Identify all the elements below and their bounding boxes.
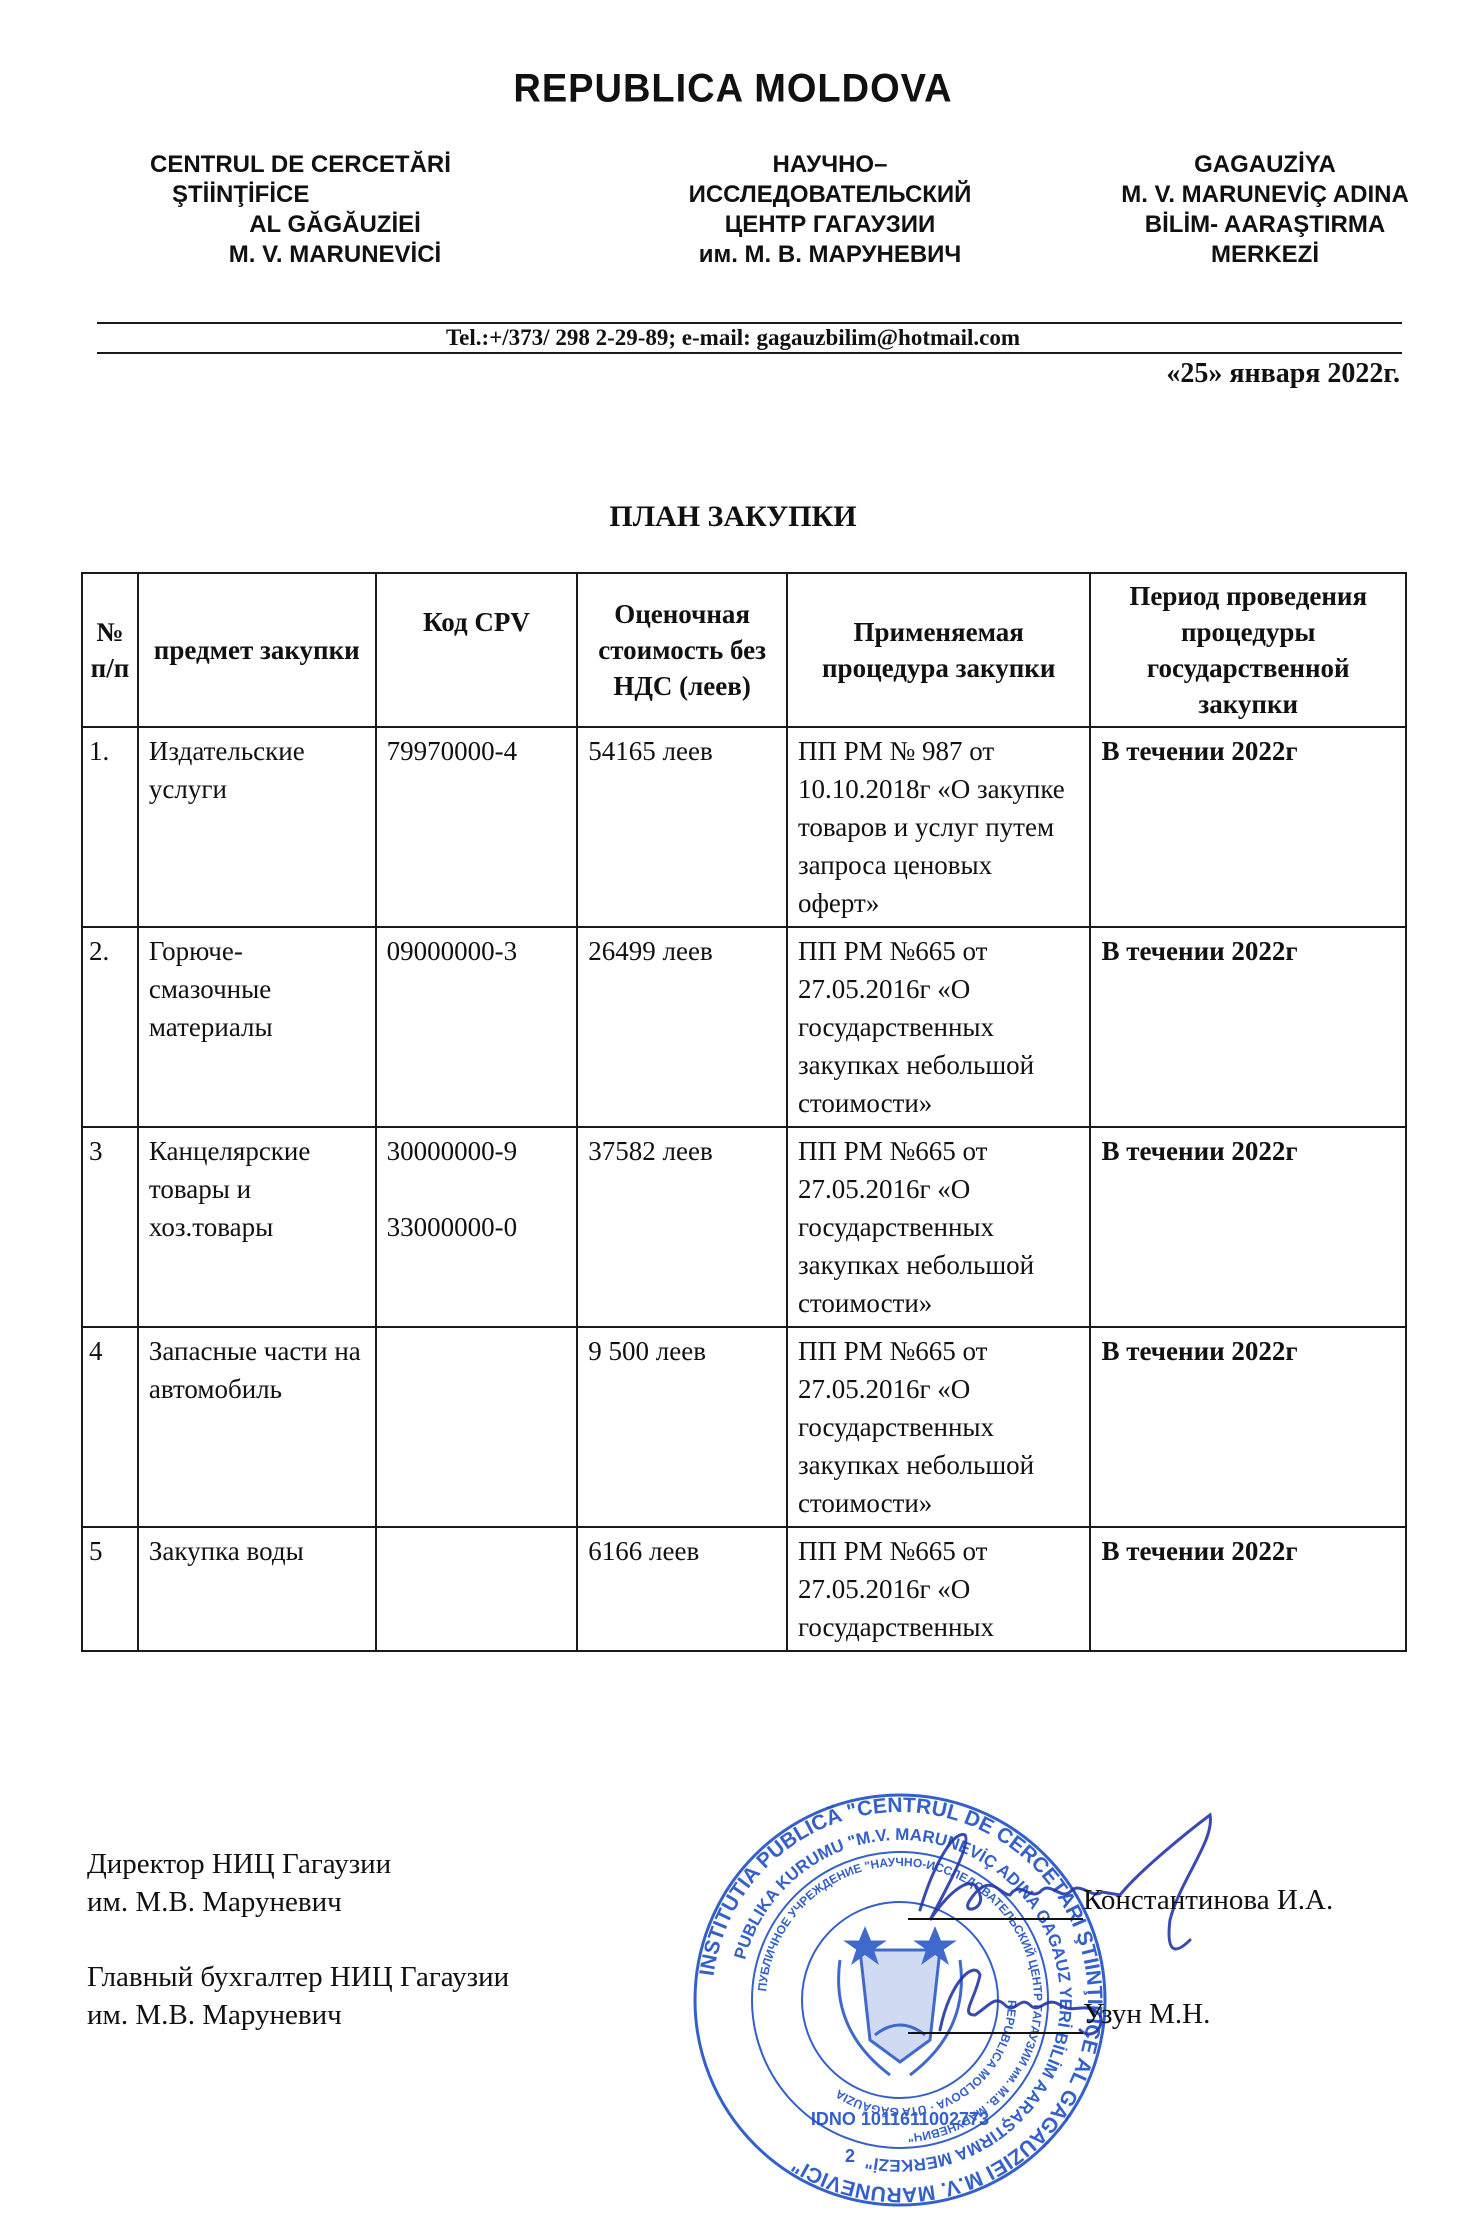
estimated-cost: 54165 леев: [577, 727, 787, 927]
column-header-number: № п/п: [82, 573, 138, 727]
row-number: 1.: [82, 727, 138, 927]
row-number: 5: [82, 1527, 138, 1651]
table-row: 2.Горюче-смазочные материалы09000000-326…: [82, 927, 1406, 1127]
procurement-period: В течении 2022г: [1090, 1327, 1406, 1527]
table-row: 3Канцелярские товары и хоз.товары3000000…: [82, 1127, 1406, 1327]
procurement-plan-table: № п/п предмет закупки Код CPV Оценочная …: [81, 572, 1407, 1652]
letterhead-line: BİLİM- AARAŞTIRMA: [1080, 210, 1450, 240]
item-subject: Закупка воды: [138, 1527, 376, 1651]
procurement-procedure: ПП РМ № 987 от 10.10.2018г «О закупке то…: [787, 727, 1091, 927]
letterhead-line: ИССЛЕДОВАТЕЛЬСКИЙ: [640, 180, 1020, 210]
row-number: 4: [82, 1327, 138, 1527]
position-line: Директор НИЦ Гагаузии: [87, 1845, 391, 1883]
column-header-procedure: Применяемая процедура закупки: [787, 573, 1091, 727]
item-subject: Горюче-смазочные материалы: [138, 927, 376, 1127]
cpv-codes: 30000000-933000000-0: [376, 1127, 578, 1327]
document-date: «25» января 2022г.: [1166, 358, 1400, 390]
cpv-codes: [376, 1327, 578, 1527]
procurement-procedure: ПП РМ №665 от 27.05.2016г «О государстве…: [787, 1327, 1091, 1527]
letterhead-line: ŞTİİNŢİFİCE: [150, 180, 520, 210]
column-header-cpv: Код CPV: [376, 573, 578, 727]
director-name: Константинова И.А.: [1083, 1884, 1333, 1917]
signature-line: [908, 2032, 1083, 2034]
director-signature-icon: [920, 1815, 1210, 1949]
letterhead-line: НАУЧНО–: [640, 150, 1020, 180]
table-row: 5Закупка воды6166 леевПП РМ №665 от 27.0…: [82, 1527, 1406, 1651]
signature-scribbles: [880, 1800, 1400, 2100]
procedure-text: ПП РМ № 987 от 10.10.2018г «О закупке то…: [798, 736, 1065, 918]
letterhead-line: GAGAUZİYA: [1080, 150, 1450, 180]
cpv-codes: 09000000-3: [376, 927, 578, 1127]
column-header-period: Период проведения процедуры государствен…: [1090, 573, 1406, 727]
table-row: 4Запасные части на автомобиль9 500 леевП…: [82, 1327, 1406, 1527]
stamp-idno: IDNO 1011611002773: [811, 2109, 989, 2129]
letterhead-line: M. V. MARUNEVİÇ ADINA: [1080, 180, 1450, 210]
cpv-code: 33000000-0: [387, 1208, 567, 1246]
column-header-subject: предмет закупки: [138, 573, 376, 727]
letterhead-line: M. V. MARUNEVİCİ: [150, 240, 520, 270]
letterhead-line: MERKEZİ: [1080, 240, 1450, 270]
country-heading: REPUBLICA MOLDOVA: [0, 67, 1466, 112]
estimated-cost: 6166 леев: [577, 1527, 787, 1651]
position-line: им. М.В. Маруневич: [87, 1883, 391, 1921]
procurement-procedure: ПП РМ №665 от 27.05.2016г «О государстве…: [787, 927, 1091, 1127]
table-header-row: № п/п предмет закупки Код CPV Оценочная …: [82, 573, 1406, 727]
director-position: Директор НИЦ Гагаузии им. М.В. Маруневич: [87, 1845, 391, 1921]
procurement-period: В течении 2022г: [1090, 927, 1406, 1127]
document-title: ПЛАН ЗАКУПКИ: [0, 500, 1466, 534]
estimated-cost: 37582 леев: [577, 1127, 787, 1327]
cpv-code: 79970000-4: [387, 732, 567, 770]
procurement-period: В течении 2022г: [1090, 1127, 1406, 1327]
estimated-cost: 9 500 леев: [577, 1327, 787, 1527]
cpv-codes: [376, 1527, 578, 1651]
column-header-cost: Оценочная стоимость без НДС (леев): [577, 573, 787, 727]
procurement-procedure: ПП РМ №665 от 27.05.2016г «О государстве…: [787, 1527, 1091, 1651]
procedure-text: ПП РМ №665 от 27.05.2016г «О государстве…: [798, 1532, 1080, 1646]
item-subject: Издательские услуги: [138, 727, 376, 927]
procedure-text: ПП РМ №665 от 27.05.2016г «О государстве…: [798, 1136, 1034, 1318]
item-subject: Запасные части на автомобиль: [138, 1327, 376, 1527]
letterhead-line: им. М. В. МАРУНЕВИЧ: [640, 240, 1020, 270]
stamp-number: 2: [845, 2146, 855, 2166]
cpv-code: 30000000-9: [387, 1132, 567, 1170]
procedure-text: ПП РМ №665 от 27.05.2016г «О государстве…: [798, 936, 1034, 1118]
position-line: Главный бухгалтер НИЦ Гагаузии: [87, 1958, 509, 1996]
estimated-cost: 26499 леев: [577, 927, 787, 1127]
position-line: им. М.В. Маруневич: [87, 1996, 509, 2034]
letterhead-line: AL GĂGĂUZİEİ: [150, 210, 520, 240]
accountant-name: Узун М.Н.: [1083, 1998, 1210, 2031]
table-row: 1.Издательские услуги79970000-454165 лее…: [82, 727, 1406, 927]
accountant-signature-icon: [940, 1970, 1101, 2034]
signature-line: [908, 1918, 1083, 1920]
row-number: 3: [82, 1127, 138, 1327]
letterhead-line: CENTRUL DE CERCETĂRİ: [150, 150, 520, 180]
procedure-text: ПП РМ №665 от 27.05.2016г «О государстве…: [798, 1336, 1034, 1518]
procurement-period: В течении 2022г: [1090, 1527, 1406, 1651]
procurement-period: В течении 2022г: [1090, 727, 1406, 927]
cpv-codes: 79970000-4: [376, 727, 578, 927]
procurement-procedure: ПП РМ №665 от 27.05.2016г «О государстве…: [787, 1127, 1091, 1327]
letterhead-line: ЦЕНТР ГАГАУЗИИ: [640, 210, 1020, 240]
divider: [97, 322, 1402, 324]
cpv-code: 09000000-3: [387, 932, 567, 970]
letterhead-russian: НАУЧНО– ИССЛЕДОВАТЕЛЬСКИЙ ЦЕНТР ГАГАУЗИИ…: [640, 150, 1020, 270]
item-subject: Канцелярские товары и хоз.товары: [138, 1127, 376, 1327]
contact-info: Tel.:+/373/ 298 2-29-89; e-mail: gagauzb…: [0, 325, 1466, 351]
divider: [97, 352, 1402, 354]
row-number: 2.: [82, 927, 138, 1127]
accountant-position: Главный бухгалтер НИЦ Гагаузии им. М.В. …: [87, 1958, 509, 2034]
letterhead-gagauz: GAGAUZİYA M. V. MARUNEVİÇ ADINA BİLİM- A…: [1080, 150, 1450, 270]
letterhead-romanian: CENTRUL DE CERCETĂRİ ŞTİİNŢİFİCE AL GĂGĂ…: [150, 150, 520, 270]
